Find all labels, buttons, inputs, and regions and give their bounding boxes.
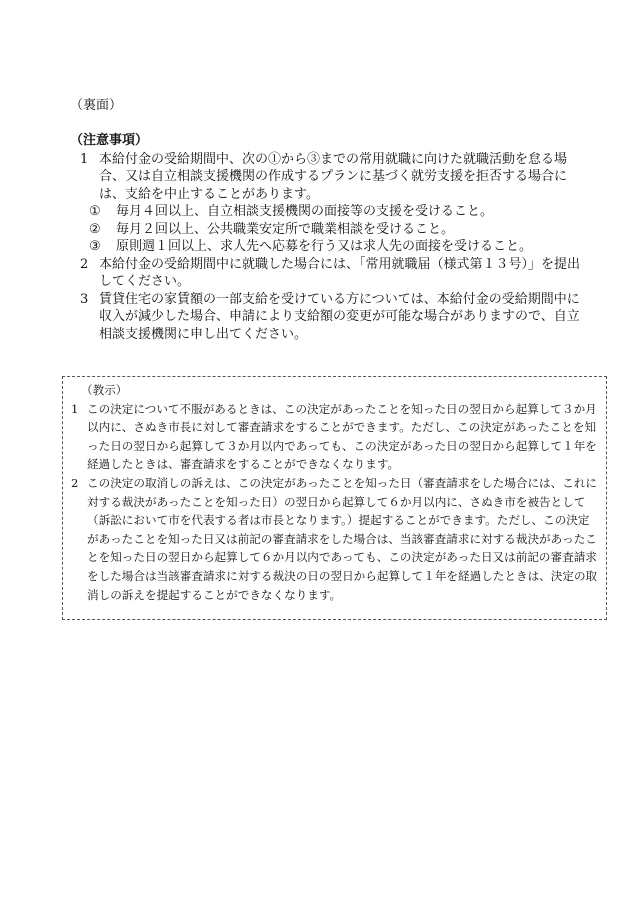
note-item-1: 1 本給付金の受給期間中、次の①から③までの常用就職に向けた就職活動を怠る場合、… bbox=[70, 151, 580, 204]
note-number: 1 bbox=[80, 151, 99, 204]
page-side-label: （裏面） bbox=[70, 94, 122, 113]
appeal-notice-item-2: 2 この決定の取消しの訴えは、この決定があったことを知った日（審査請求をした場合… bbox=[71, 474, 598, 604]
sub-item-1: ① 毎月４回以上、自立相談支援機関の面接等の支援を受けること。 bbox=[70, 203, 580, 221]
notes-section: （注意事項） 1 本給付金の受給期間中、次の①から③までの常用就職に向けた就職活… bbox=[70, 132, 580, 343]
appeal-item-number: 2 bbox=[71, 474, 87, 604]
sub-item-mark: ① bbox=[89, 203, 116, 221]
notes-title: （注意事項） bbox=[70, 132, 580, 150]
note-sub-list: ① 毎月４回以上、自立相談支援機関の面接等の支援を受けること。 ② 毎月２回以上… bbox=[70, 203, 580, 256]
sub-item-2: ② 毎月２回以上、公共職業安定所で職業相談を受けること。 bbox=[70, 221, 580, 239]
appeal-notice-box: （教示） 1 この決定について不服があるときは、この決定があったことを知った日の… bbox=[62, 376, 607, 620]
sub-item-text: 毎月４回以上、自立相談支援機関の面接等の支援を受けること。 bbox=[116, 203, 580, 221]
note-number: 3 bbox=[80, 291, 99, 344]
appeal-item-text: この決定について不服があるときは、この決定があったことを知った日の翌日から起算し… bbox=[87, 400, 598, 474]
sub-item-mark: ③ bbox=[89, 238, 116, 256]
sub-item-mark: ② bbox=[89, 221, 116, 239]
note-text: 本給付金の受給期間中に就職した場合には、「常用就職届（様式第１３号）」を提出して… bbox=[99, 256, 580, 291]
note-item-2: 2 本給付金の受給期間中に就職した場合には、「常用就職届（様式第１３号）」を提出… bbox=[70, 256, 580, 291]
appeal-notice-item-1: 1 この決定について不服があるときは、この決定があったことを知った日の翌日から起… bbox=[71, 400, 598, 474]
sub-item-text: 毎月２回以上、公共職業安定所で職業相談を受けること。 bbox=[116, 221, 580, 239]
sub-item-text: 原則週１回以上、求人先へ応募を行う又は求人先の面接を受けること。 bbox=[116, 238, 580, 256]
appeal-item-text: この決定の取消しの訴えは、この決定があったことを知った日（審査請求をした場合には… bbox=[87, 474, 598, 604]
note-text: 本給付金の受給期間中、次の①から③までの常用就職に向けた就職活動を怠る場合、又は… bbox=[99, 151, 580, 204]
appeal-notice-title: （教示） bbox=[71, 381, 598, 400]
note-number: 2 bbox=[80, 256, 99, 291]
sub-item-3: ③ 原則週１回以上、求人先へ応募を行う又は求人先の面接を受けること。 bbox=[70, 238, 580, 256]
note-text: 賃貸住宅の家賃額の一部支給を受けている方については、本給付金の受給期間中に収入が… bbox=[99, 291, 580, 344]
note-item-3: 3 賃貸住宅の家賃額の一部支給を受けている方については、本給付金の受給期間中に収… bbox=[70, 291, 580, 344]
appeal-item-number: 1 bbox=[71, 400, 87, 474]
